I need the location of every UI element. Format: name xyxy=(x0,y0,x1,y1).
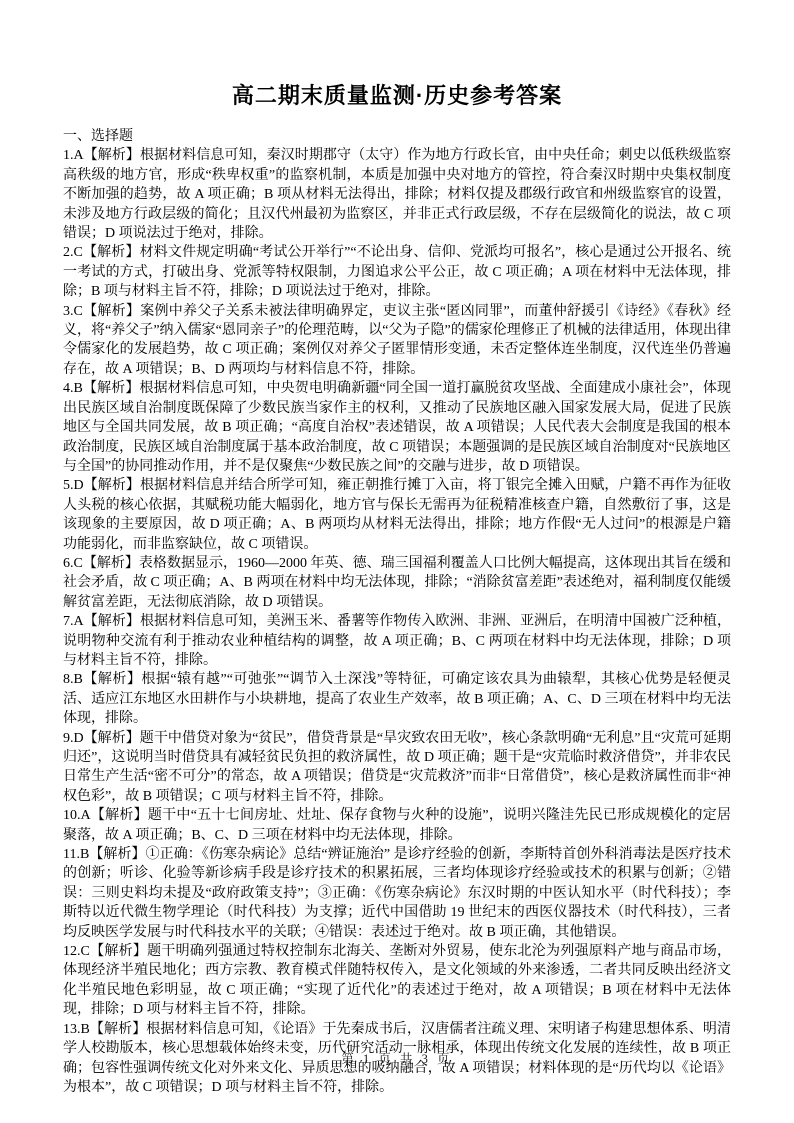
answer-item-1: 1.A【解析】根据材料信息可知，秦汉时期郡守（太守）作为地方行政长官，由中央任命… xyxy=(63,146,731,243)
section-heading: 一、选择题 xyxy=(63,127,731,146)
answer-item-7: 7.A【解析】根据材料信息可知，美洲玉米、番薯等作物传入欧洲、非洲、亚洲后，在明… xyxy=(63,612,731,670)
answer-list: 1.A【解析】根据材料信息可知，秦汉时期郡守（太守）作为地方行政长官，由中央任命… xyxy=(63,146,731,1097)
answer-item-3: 3.C【解析】案例中养父子关系未被法律明确界定，吏议主张“匿凶同罪”，而董仲舒援… xyxy=(63,302,731,380)
answer-item-12: 12.C【解析】题干明确列强通过特权控制东北海关、垄断对外贸易，使东北沦为列强原… xyxy=(63,942,731,1020)
page-number: 第 1 页 共 3 页 xyxy=(0,1049,794,1067)
answer-item-5: 5.D【解析】根据材料信息并结合所学可知，雍正朝推行摊丁入亩，将丁银完全摊入田赋… xyxy=(63,476,731,554)
answer-item-4: 4.B【解析】根据材料信息可知，中央贺电明确新疆“同全国一道打赢脱贫攻坚战、全面… xyxy=(63,379,731,476)
answer-item-2: 2.C【解析】材料文件规定明确“考试公开举行”“不论出身、信仰、党派均可报名”，… xyxy=(63,243,731,301)
answer-item-10: 10.A【解析】题干中“五十七间房址、灶址、保存食物与火种的设施”，说明兴隆洼先… xyxy=(63,806,731,845)
answer-item-6: 6.C【解析】表格数据显示，1960—2000 年英、德、瑞三国福利覆盖人口比例… xyxy=(63,554,731,612)
document-page: 高二期末质量监测·历史参考答案 一、选择题 1.A【解析】根据材料信息可知，秦汉… xyxy=(0,0,794,1123)
answer-item-9: 9.D【解析】题干中借贷对象为“贫民”，借贷背景是“旱灾致农田无收”，核心条款明… xyxy=(63,729,731,807)
page-title: 高二期末质量监测·历史参考答案 xyxy=(63,82,731,110)
answer-item-8: 8.B【解析】根据“辕有越”“可弛张”“调节入土深浅”等特征，可确定该农具为曲辕… xyxy=(63,670,731,728)
answer-item-11: 11.B【解析】①正确：《伤寒杂病论》总结“辨证施治” 是诊疗经验的创新，李斯特… xyxy=(63,845,731,942)
